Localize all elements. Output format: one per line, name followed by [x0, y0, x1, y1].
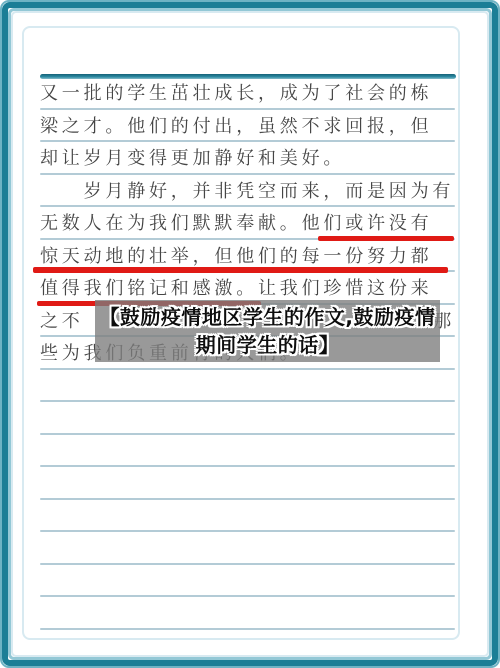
- handwritten-row-1: 又一批的学生茁壮成长，成为了社会的栋: [40, 79, 455, 112]
- rule-line: [40, 400, 455, 402]
- rule-line: [40, 563, 455, 565]
- rule-line: [40, 530, 455, 532]
- rule-line: [40, 595, 455, 597]
- rule-line: [40, 498, 455, 500]
- caption-overlay: 【鼓励疫情地区学生的作文,鼓励疫情 期间学生的话】: [95, 300, 440, 362]
- rule-line: [40, 628, 455, 630]
- letter-photo: 又一批的学生茁壮成长，成为了社会的栋梁之才。他们的付出，虽然不求回报，但却让岁月…: [0, 0, 500, 668]
- red-underline-1: [318, 236, 454, 241]
- handwritten-row-3: 却让岁月变得更加静好和美好。: [40, 144, 455, 177]
- red-underline-2: [33, 267, 448, 273]
- handwritten-row-2: 梁之才。他们的付出，虽然不求回报，但: [40, 112, 455, 145]
- caption-line-1: 【鼓励疫情地区学生的作文,鼓励疫情: [95, 303, 440, 331]
- rule-line: [40, 465, 455, 467]
- caption-line-2: 期间学生的话】: [95, 331, 440, 359]
- row-left-fragment: 之不: [40, 307, 84, 340]
- handwritten-row-4: 岁月静好，并非凭空而来，而是因为有: [40, 177, 455, 210]
- rule-line: [40, 433, 455, 435]
